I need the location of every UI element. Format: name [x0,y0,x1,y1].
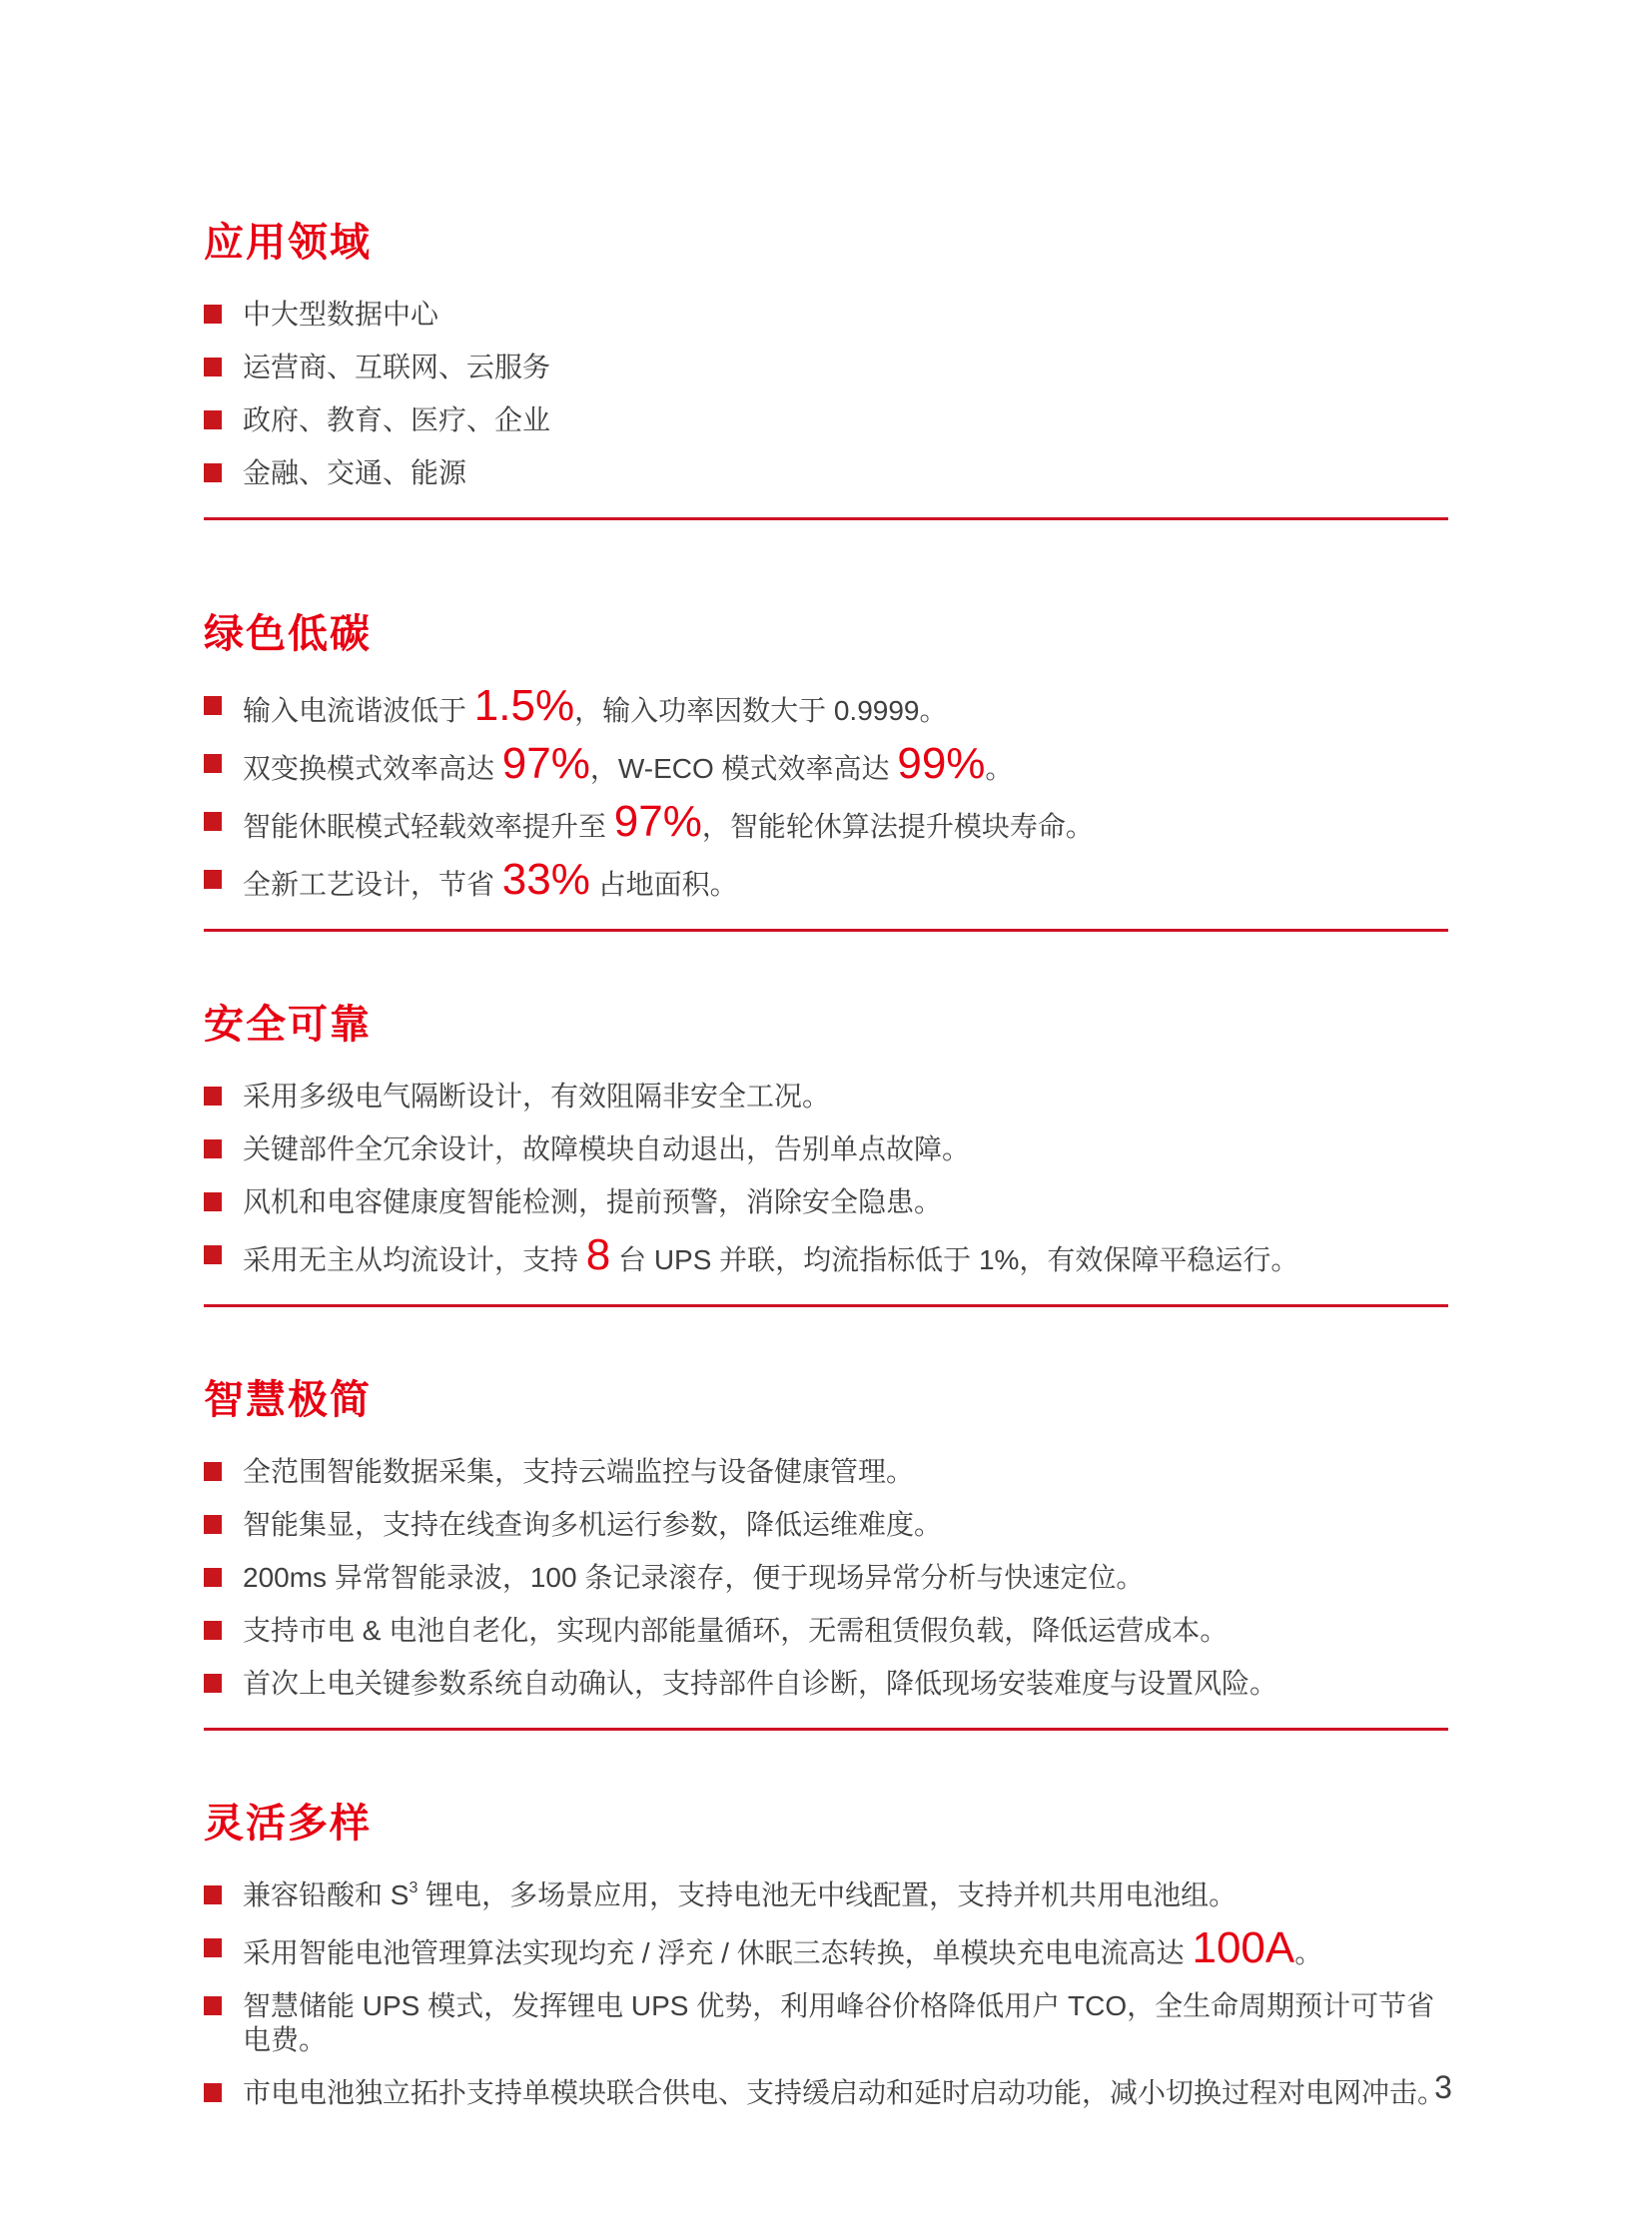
bullet-list: 兼容铅酸和 S3 锂电，多场景应用，支持电池无中线配置，支持并机共用电池组。采用… [204,1878,1448,2110]
bullet-text: 智慧储能 UPS 模式，发挥锂电 UPS 优势，利用峰谷价格降低用户 TCO，全… [243,1989,1448,2057]
bullet-square-icon [204,1996,222,2015]
bullet-text: 智能集显，支持在线查询多机运行参数，降低运维难度。 [243,1508,942,1542]
bullet-square-icon [204,696,222,715]
bullet-text: 金融、交通、能源 [243,456,466,490]
section-divider [204,1304,1448,1307]
section-green-low-carbon: 绿色低碳输入电流谐波低于 1.5%，输入功率因数大于 0.9999。双变换模式效… [204,613,1448,932]
section-title-flexible-diverse: 灵活多样 [204,1803,1448,1845]
bullet-item: 风机和电容健康度智能检测，提前预警，消除安全隐患。 [204,1185,1448,1219]
bullet-item: 关键部件全冗余设计，故障模块自动退出，告别单点故障。 [204,1132,1448,1166]
bullet-item: 智能集显，支持在线查询多机运行参数，降低运维难度。 [204,1508,1448,1542]
bullet-item: 智慧储能 UPS 模式，发挥锂电 UPS 优势，利用峰谷价格降低用户 TCO，全… [204,1989,1448,2057]
bullet-square-icon [204,410,222,429]
bullet-square-icon [204,754,222,773]
section-smart-simple: 智慧极简全范围智能数据采集，支持云端监控与设备健康管理。智能集显，支持在线查询多… [204,1379,1448,1731]
bullet-list: 采用多级电气隔断设计，有效阻隔非安全工况。关键部件全冗余设计，故障模块自动退出，… [204,1080,1448,1277]
section-divider [204,1728,1448,1731]
bullet-item: 200ms 异常智能录波，100 条记录滚存，便于现场异常分析与快速定位。 [204,1561,1448,1595]
bullet-item: 采用多级电气隔断设计，有效阻隔非安全工况。 [204,1080,1448,1114]
bullet-item: 金融、交通、能源 [204,456,1448,490]
bullet-square-icon [204,1885,222,1904]
bullet-text: 市电电池独立拓扑支持单模块联合供电、支持缓启动和延时启动功能，减小切换过程对电网… [243,2076,1445,2110]
bullet-item: 全范围智能数据采集，支持云端监控与设备健康管理。 [204,1455,1448,1489]
bullet-square-icon [204,812,222,831]
content: 应用领域中大型数据中心运营商、互联网、云服务政府、教育、医疗、企业金融、交通、能… [0,0,1652,2110]
bullet-text: 采用无主从均流设计，支持 8 台 UPS 并联，均流指标低于 1%，有效保障平稳… [243,1238,1298,1277]
highlight-value: 99% [897,739,985,788]
bullet-text: 采用智能电池管理算法实现均充 / 浮充 / 休眠三态转换，单模块充电电流高达 1… [243,1931,1322,1970]
bullet-square-icon [204,305,222,324]
page-number: 3 [1423,2069,1463,2105]
bullet-square-icon [204,1139,222,1158]
bullet-item: 支持市电 & 电池自老化，实现内部能量循环，无需租赁假负载，降低运营成本。 [204,1614,1448,1648]
bullet-text: 兼容铅酸和 S3 锂电，多场景应用，支持电池无中线配置，支持并机共用电池组。 [243,1878,1237,1912]
section-title-safe-reliable: 安全可靠 [204,1004,1448,1046]
bullet-text: 运营商、互联网、云服务 [243,351,550,384]
bullet-text: 采用多级电气隔断设计，有效阻隔非安全工况。 [243,1080,830,1114]
bullet-text: 输入电流谐波低于 1.5%，输入功率因数大于 0.9999。 [243,689,948,728]
bullet-list: 输入电流谐波低于 1.5%，输入功率因数大于 0.9999。双变换模式效率高达 … [204,689,1448,902]
superscript: 3 [409,1879,417,1896]
section-title-smart-simple: 智慧极简 [204,1379,1448,1421]
highlight-value: 8 [586,1230,610,1279]
section-flexible-diverse: 灵活多样兼容铅酸和 S3 锂电，多场景应用，支持电池无中线配置，支持并机共用电池… [204,1803,1448,2110]
bullet-square-icon [204,1087,222,1106]
bullet-item: 采用智能电池管理算法实现均充 / 浮充 / 休眠三态转换，单模块充电电流高达 1… [204,1931,1448,1970]
bullet-item: 双变换模式效率高达 97%，W-ECO 模式效率高达 99%。 [204,747,1448,786]
section-application-areas: 应用领域中大型数据中心运营商、互联网、云服务政府、教育、医疗、企业金融、交通、能… [204,222,1448,520]
section-title-application-areas: 应用领域 [204,222,1448,264]
bullet-square-icon [204,1674,222,1693]
bullet-square-icon [204,1568,222,1587]
bullet-square-icon [204,1938,222,1957]
bullet-text: 智能休眠模式轻载效率提升至 97%，智能轮休算法提升模块寿命。 [243,805,1094,844]
section-safe-reliable: 安全可靠采用多级电气隔断设计，有效阻隔非安全工况。关键部件全冗余设计，故障模块自… [204,1004,1448,1307]
bullet-text: 风机和电容健康度智能检测，提前预警，消除安全隐患。 [243,1185,942,1219]
section-divider [204,929,1448,932]
bullet-item: 市电电池独立拓扑支持单模块联合供电、支持缓启动和延时启动功能，减小切换过程对电网… [204,2076,1448,2110]
bullet-item: 兼容铅酸和 S3 锂电，多场景应用，支持电池无中线配置，支持并机共用电池组。 [204,1878,1448,1912]
bullet-item: 输入电流谐波低于 1.5%，输入功率因数大于 0.9999。 [204,689,1448,728]
highlight-value: 97% [614,797,702,846]
bullet-list: 中大型数据中心运营商、互联网、云服务政府、教育、医疗、企业金融、交通、能源 [204,298,1448,490]
bullet-square-icon [204,358,222,376]
bullet-list: 全范围智能数据采集，支持云端监控与设备健康管理。智能集显，支持在线查询多机运行参… [204,1455,1448,1701]
bullet-square-icon [204,2083,222,2102]
bullet-square-icon [204,1515,222,1534]
highlight-value: 33% [502,855,590,904]
section-divider [204,517,1448,520]
bullet-item: 首次上电关键参数系统自动确认，支持部件自诊断，降低现场安装难度与设置风险。 [204,1667,1448,1701]
bullet-text: 关键部件全冗余设计，故障模块自动退出，告别单点故障。 [243,1132,970,1166]
bullet-text: 双变换模式效率高达 97%，W-ECO 模式效率高达 99%。 [243,747,1013,786]
bullet-square-icon [204,870,222,889]
bullet-text: 全范围智能数据采集，支持云端监控与设备健康管理。 [243,1455,914,1489]
bullet-text: 政府、教育、医疗、企业 [243,403,550,437]
bullet-text: 支持市电 & 电池自老化，实现内部能量循环，无需租赁假负载，降低运营成本。 [243,1614,1228,1648]
highlight-value: 1.5% [474,681,574,730]
bullet-square-icon [204,1462,222,1481]
bullet-square-icon [204,1192,222,1211]
bullet-item: 政府、教育、医疗、企业 [204,403,1448,437]
bullet-item: 全新工艺设计，节省 33% 占地面积。 [204,863,1448,902]
bullet-square-icon [204,1245,222,1264]
bullet-text: 全新工艺设计，节省 33% 占地面积。 [243,863,738,902]
bullet-item: 中大型数据中心 [204,298,1448,332]
bullet-text: 中大型数据中心 [243,298,438,332]
bullet-square-icon [204,1621,222,1640]
bullet-text: 200ms 异常智能录波，100 条记录滚存，便于现场异常分析与快速定位。 [243,1561,1144,1595]
highlight-value: 97% [502,739,590,788]
section-title-green-low-carbon: 绿色低碳 [204,613,1448,655]
bullet-item: 采用无主从均流设计，支持 8 台 UPS 并联，均流指标低于 1%，有效保障平稳… [204,1238,1448,1277]
bullet-square-icon [204,463,222,482]
bullet-text: 首次上电关键参数系统自动确认，支持部件自诊断，降低现场安装难度与设置风险。 [243,1667,1277,1701]
bullet-item: 智能休眠模式轻载效率提升至 97%，智能轮休算法提升模块寿命。 [204,805,1448,844]
highlight-value: 100A [1192,1923,1294,1972]
bullet-item: 运营商、互联网、云服务 [204,351,1448,384]
